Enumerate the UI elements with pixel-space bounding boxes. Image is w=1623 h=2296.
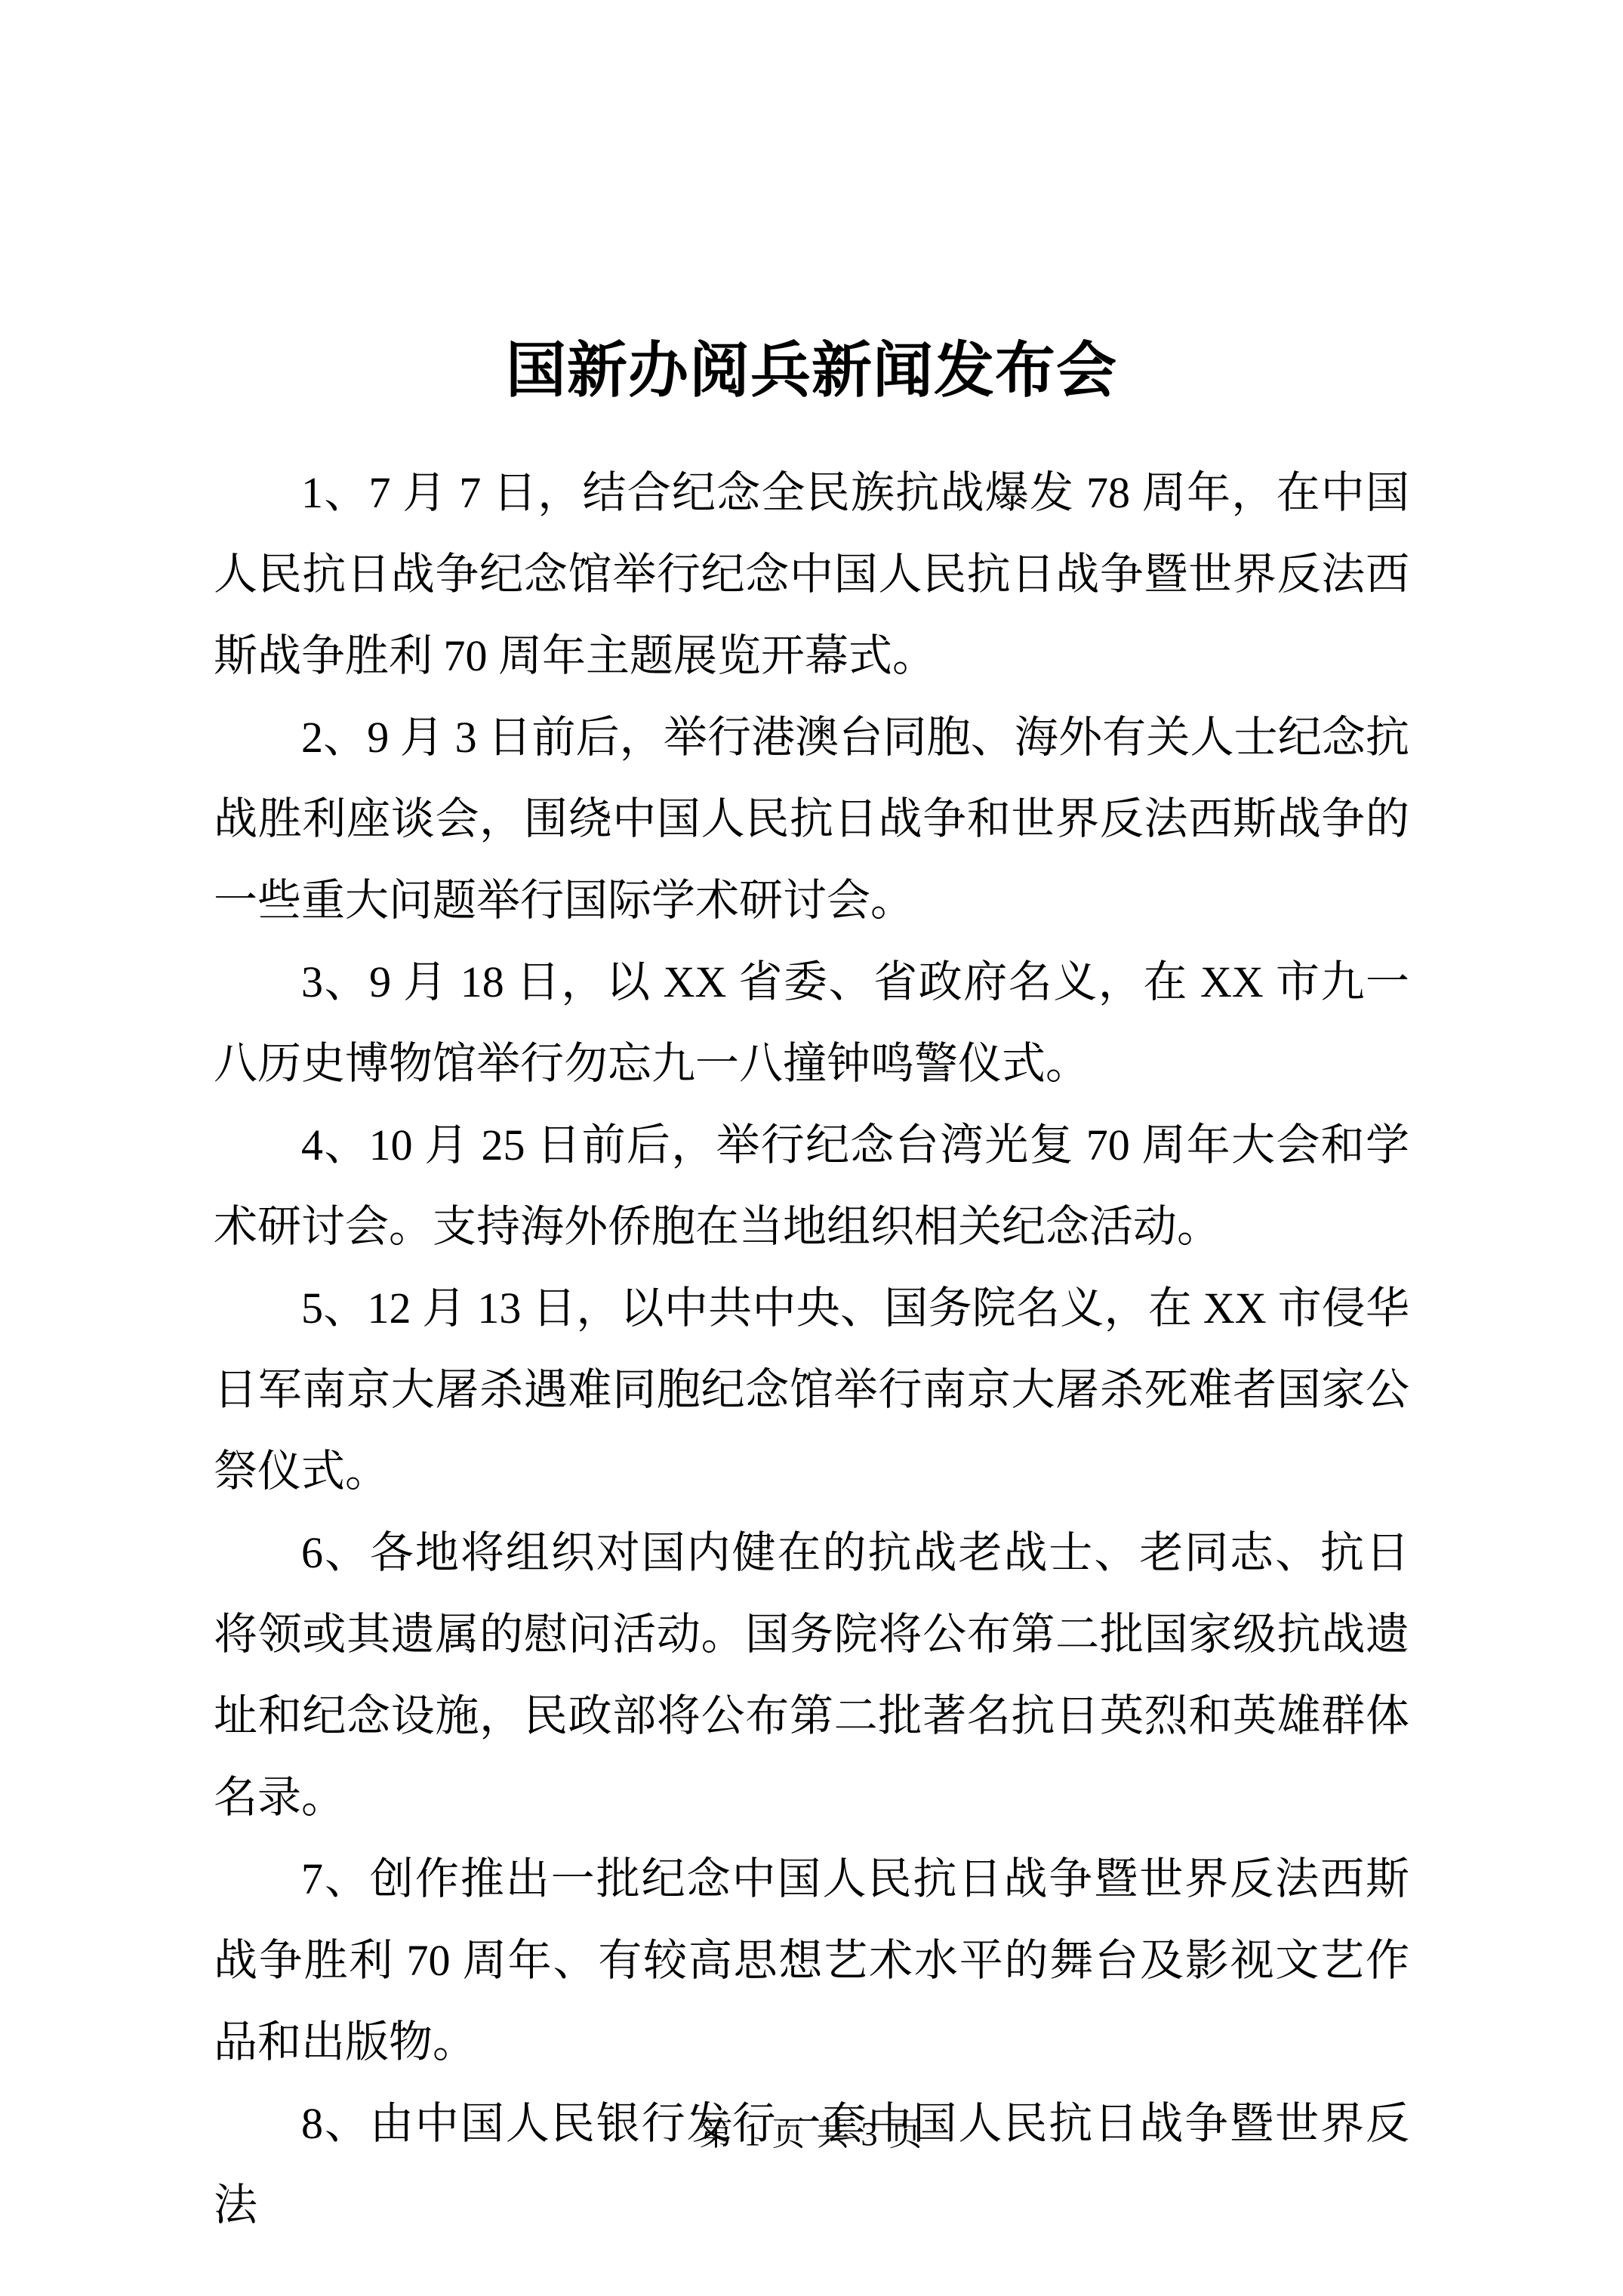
paragraph-6: 6、各地将组织对国内健在的抗战老战士、老同志、抗日将领或其遗属的慰问活动。国务院… [214, 1512, 1409, 1838]
paragraph-1: 1、7 月 7 日，结合纪念全民族抗战爆发 78 周年，在中国人民抗日战争纪念馆… [214, 452, 1409, 697]
document-page: 国新办阅兵新闻发布会 1、7 月 7 日，结合纪念全民族抗战爆发 78 周年，在… [0, 0, 1623, 2296]
page-footer: 第 1 页 共 3 页 [0, 2113, 1623, 2156]
paragraph-4: 4、10 月 25 日前后，举行纪念台湾光复 70 周年大会和学术研讨会。支持海… [214, 1105, 1409, 1268]
document-body: 1、7 月 7 日，结合纪念全民族抗战爆发 78 周年，在中国人民抗日战争纪念馆… [214, 452, 1409, 2246]
paragraph-3: 3、9 月 18 日，以 XX 省委、省政府名义，在 XX 市九一八历史博物馆举… [214, 942, 1409, 1105]
paragraph-8: 8、由中国人民银行发行一套中国人民抗日战争暨世界反法 [214, 2083, 1409, 2246]
document-title: 国新办阅兵新闻发布会 [214, 331, 1409, 412]
paragraph-5: 5、12 月 13 日，以中共中央、国务院名义，在 XX 市侵华日军南京大屠杀遇… [214, 1268, 1409, 1512]
paragraph-2: 2、9 月 3 日前后，举行港澳台同胞、海外有关人士纪念抗战胜利座谈会，围绕中国… [214, 697, 1409, 942]
paragraph-7: 7、创作推出一批纪念中国人民抗日战争暨世界反法西斯战争胜利 70 周年、有较高思… [214, 1838, 1409, 2083]
